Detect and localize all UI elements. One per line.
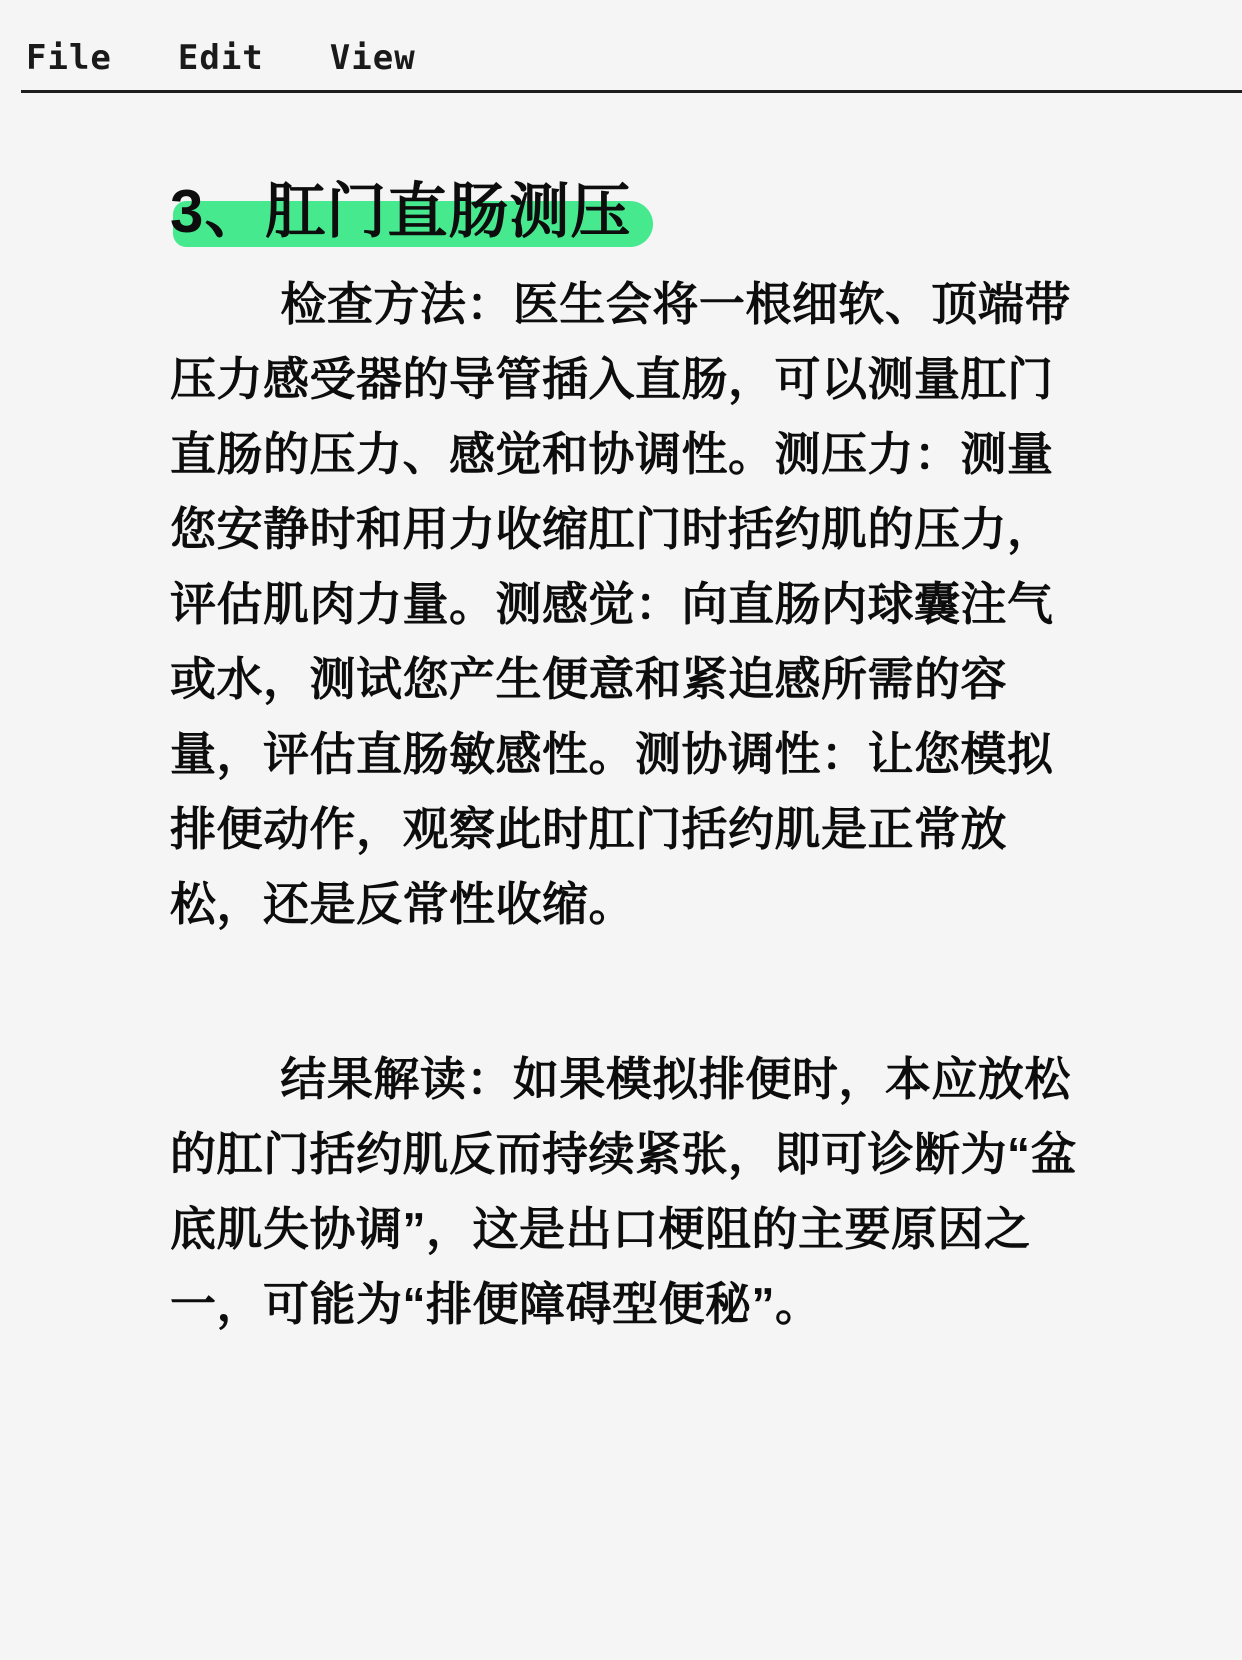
menu-bar: File Edit View bbox=[0, 0, 1242, 78]
menu-item-file[interactable]: File bbox=[26, 38, 112, 78]
page-title: 3、肛门直肠测压 bbox=[170, 179, 631, 245]
paragraph-exam-method: 检查方法：医生会将一根细软、顶端带压力感受器的导管插入直肠，可以测量肛门直肠的压… bbox=[170, 267, 1080, 942]
title-text: 3、肛门直肠测压 bbox=[170, 178, 631, 245]
menu-item-edit[interactable]: Edit bbox=[178, 38, 264, 78]
menu-item-view[interactable]: View bbox=[330, 38, 416, 78]
paragraph-result-interpretation: 结果解读：如果模拟排便时，本应放松的肛门括约肌反而持续紧张，即可诊断为“盆底肌失… bbox=[170, 1042, 1080, 1342]
document-body: 3、肛门直肠测压 检查方法：医生会将一根细软、顶端带压力感受器的导管插入直肠，可… bbox=[0, 93, 1242, 1342]
